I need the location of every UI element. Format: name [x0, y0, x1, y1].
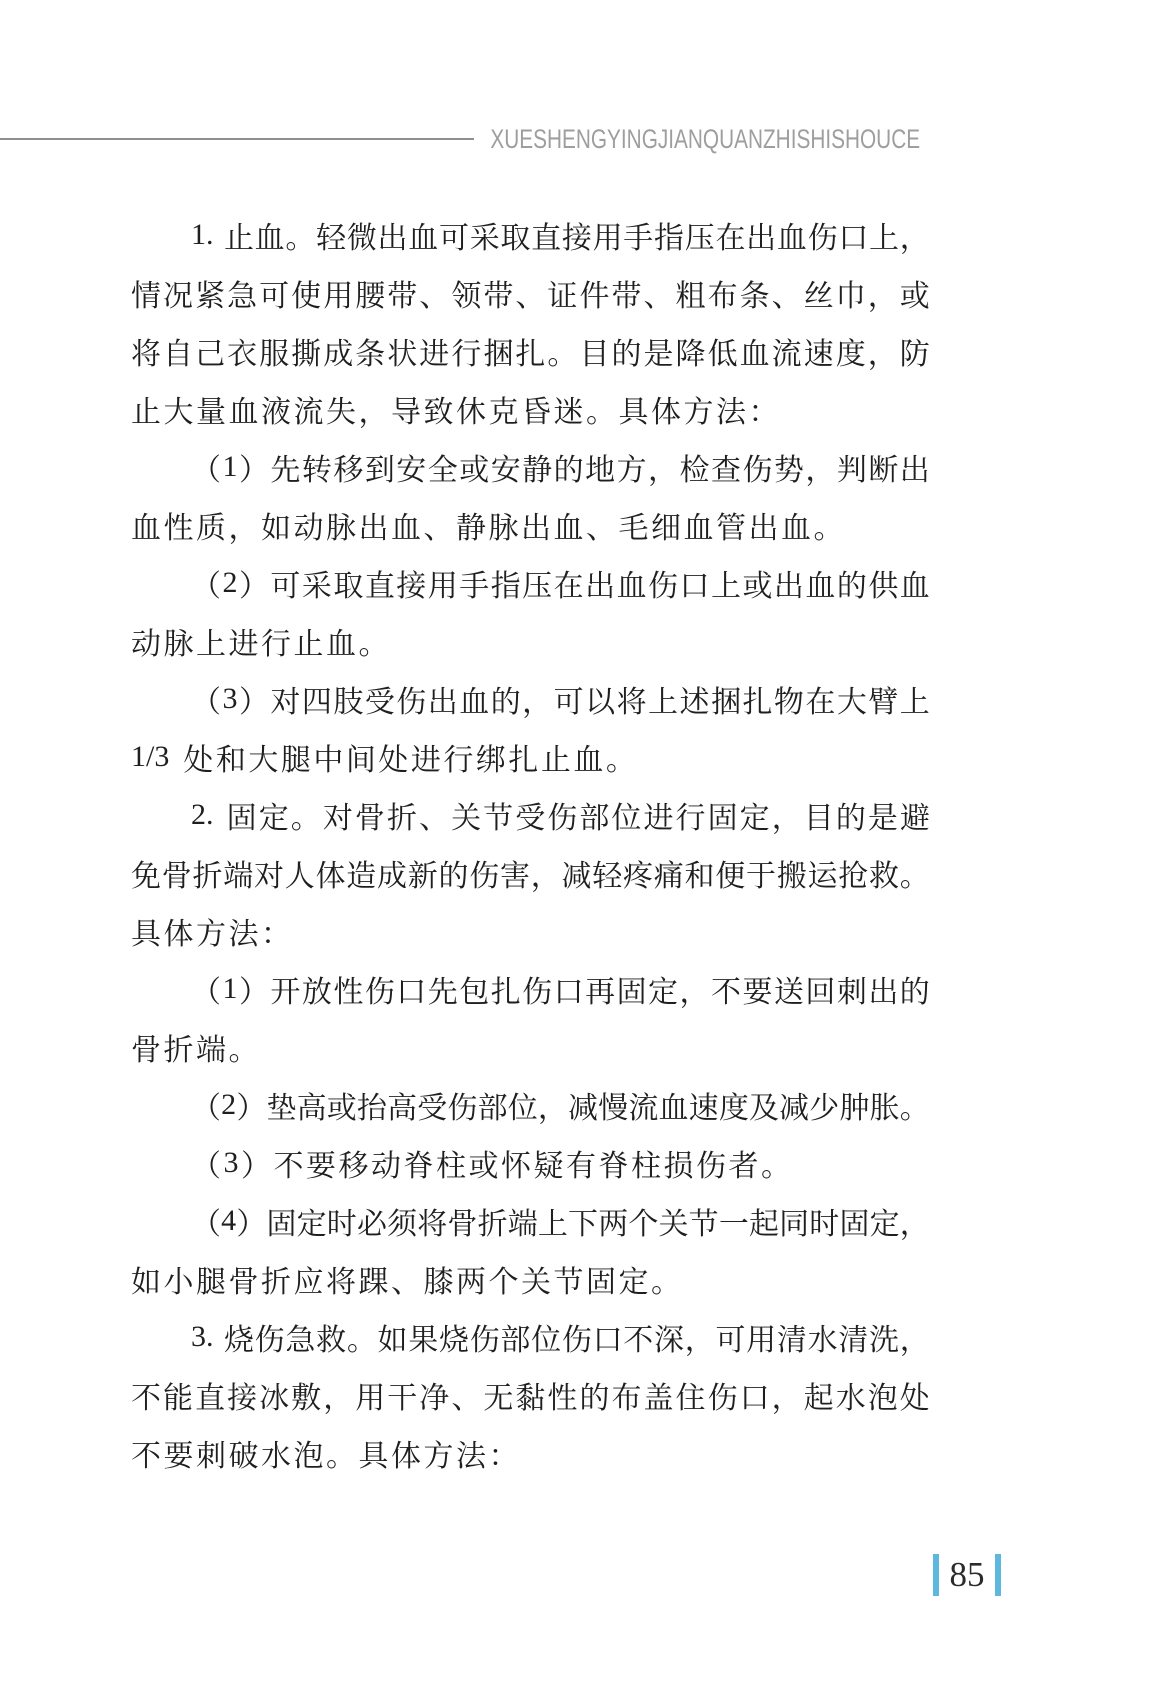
- text-line: 具体方法：: [131, 902, 930, 960]
- text-line: （3）不要移动脊柱或怀疑有脊柱损伤者。: [131, 1134, 930, 1192]
- text-line: 如小腿骨折应将踝、膝两个关节固定。: [131, 1250, 930, 1308]
- text-line: 2.固定。对骨折、关节受伤部位进行固定，目的是避: [131, 786, 930, 844]
- text-line: （2）垫高或抬高受伤部位，减慢流血速度及减少肿胀。: [131, 1076, 930, 1134]
- page-number-right-bar: [995, 1554, 1001, 1596]
- running-header-title: XUESHENGYINGJIANQUANZHISHISHOUCE: [490, 123, 920, 155]
- text-line: 不能直接冰敷，用干净、无黏性的布盖住伤口，起水泡处: [131, 1366, 930, 1424]
- text-line: 将自己衣服撕成条状进行捆扎。目的是降低血流速度，防: [131, 322, 930, 380]
- text-line: 动脉上进行止血。: [131, 612, 930, 670]
- text-line: 情况紧急可使用腰带、领带、证件带、粗布条、丝巾，或: [131, 264, 930, 322]
- text-line: 血性质，如动脉出血、静脉出血、毛细血管出血。: [131, 496, 930, 554]
- text-line: 1/3处和大腿中间处进行绑扎止血。: [131, 728, 930, 786]
- header-rule: [0, 138, 474, 140]
- page-number-block: 85: [933, 1554, 1001, 1596]
- text-line: （3）对四肢受伤出血的，可以将上述捆扎物在大臂上: [131, 670, 930, 728]
- text-line: 止大量血液流失，导致休克昏迷。具体方法：: [131, 380, 930, 438]
- text-line: 骨折端。: [131, 1018, 930, 1076]
- text-line: （4）固定时必须将骨折端上下两个关节一起同时固定，: [131, 1192, 930, 1250]
- book-page: { "header": { "running_title": "XUESHENG…: [0, 0, 1164, 1701]
- text-line: （2）可采取直接用手指压在出血伤口上或出血的供血: [131, 554, 930, 612]
- body-text: 1.止血。轻微出血可采取直接用手指压在出血伤口上，情况紧急可使用腰带、领带、证件…: [131, 206, 930, 1482]
- text-line: 1.止血。轻微出血可采取直接用手指压在出血伤口上，: [131, 206, 930, 264]
- page-number: 85: [939, 1554, 995, 1596]
- text-line: 不要刺破水泡。具体方法：: [131, 1424, 930, 1482]
- text-line: （1）开放性伤口先包扎伤口再固定，不要送回刺出的: [131, 960, 930, 1018]
- text-line: 3.烧伤急救。如果烧伤部位伤口不深，可用清水清洗，: [131, 1308, 930, 1366]
- text-line: 免骨折端对人体造成新的伤害，减轻疼痛和便于搬运抢救。: [131, 844, 930, 902]
- text-line: （1）先转移到安全或安静的地方，检查伤势，判断出: [131, 438, 930, 496]
